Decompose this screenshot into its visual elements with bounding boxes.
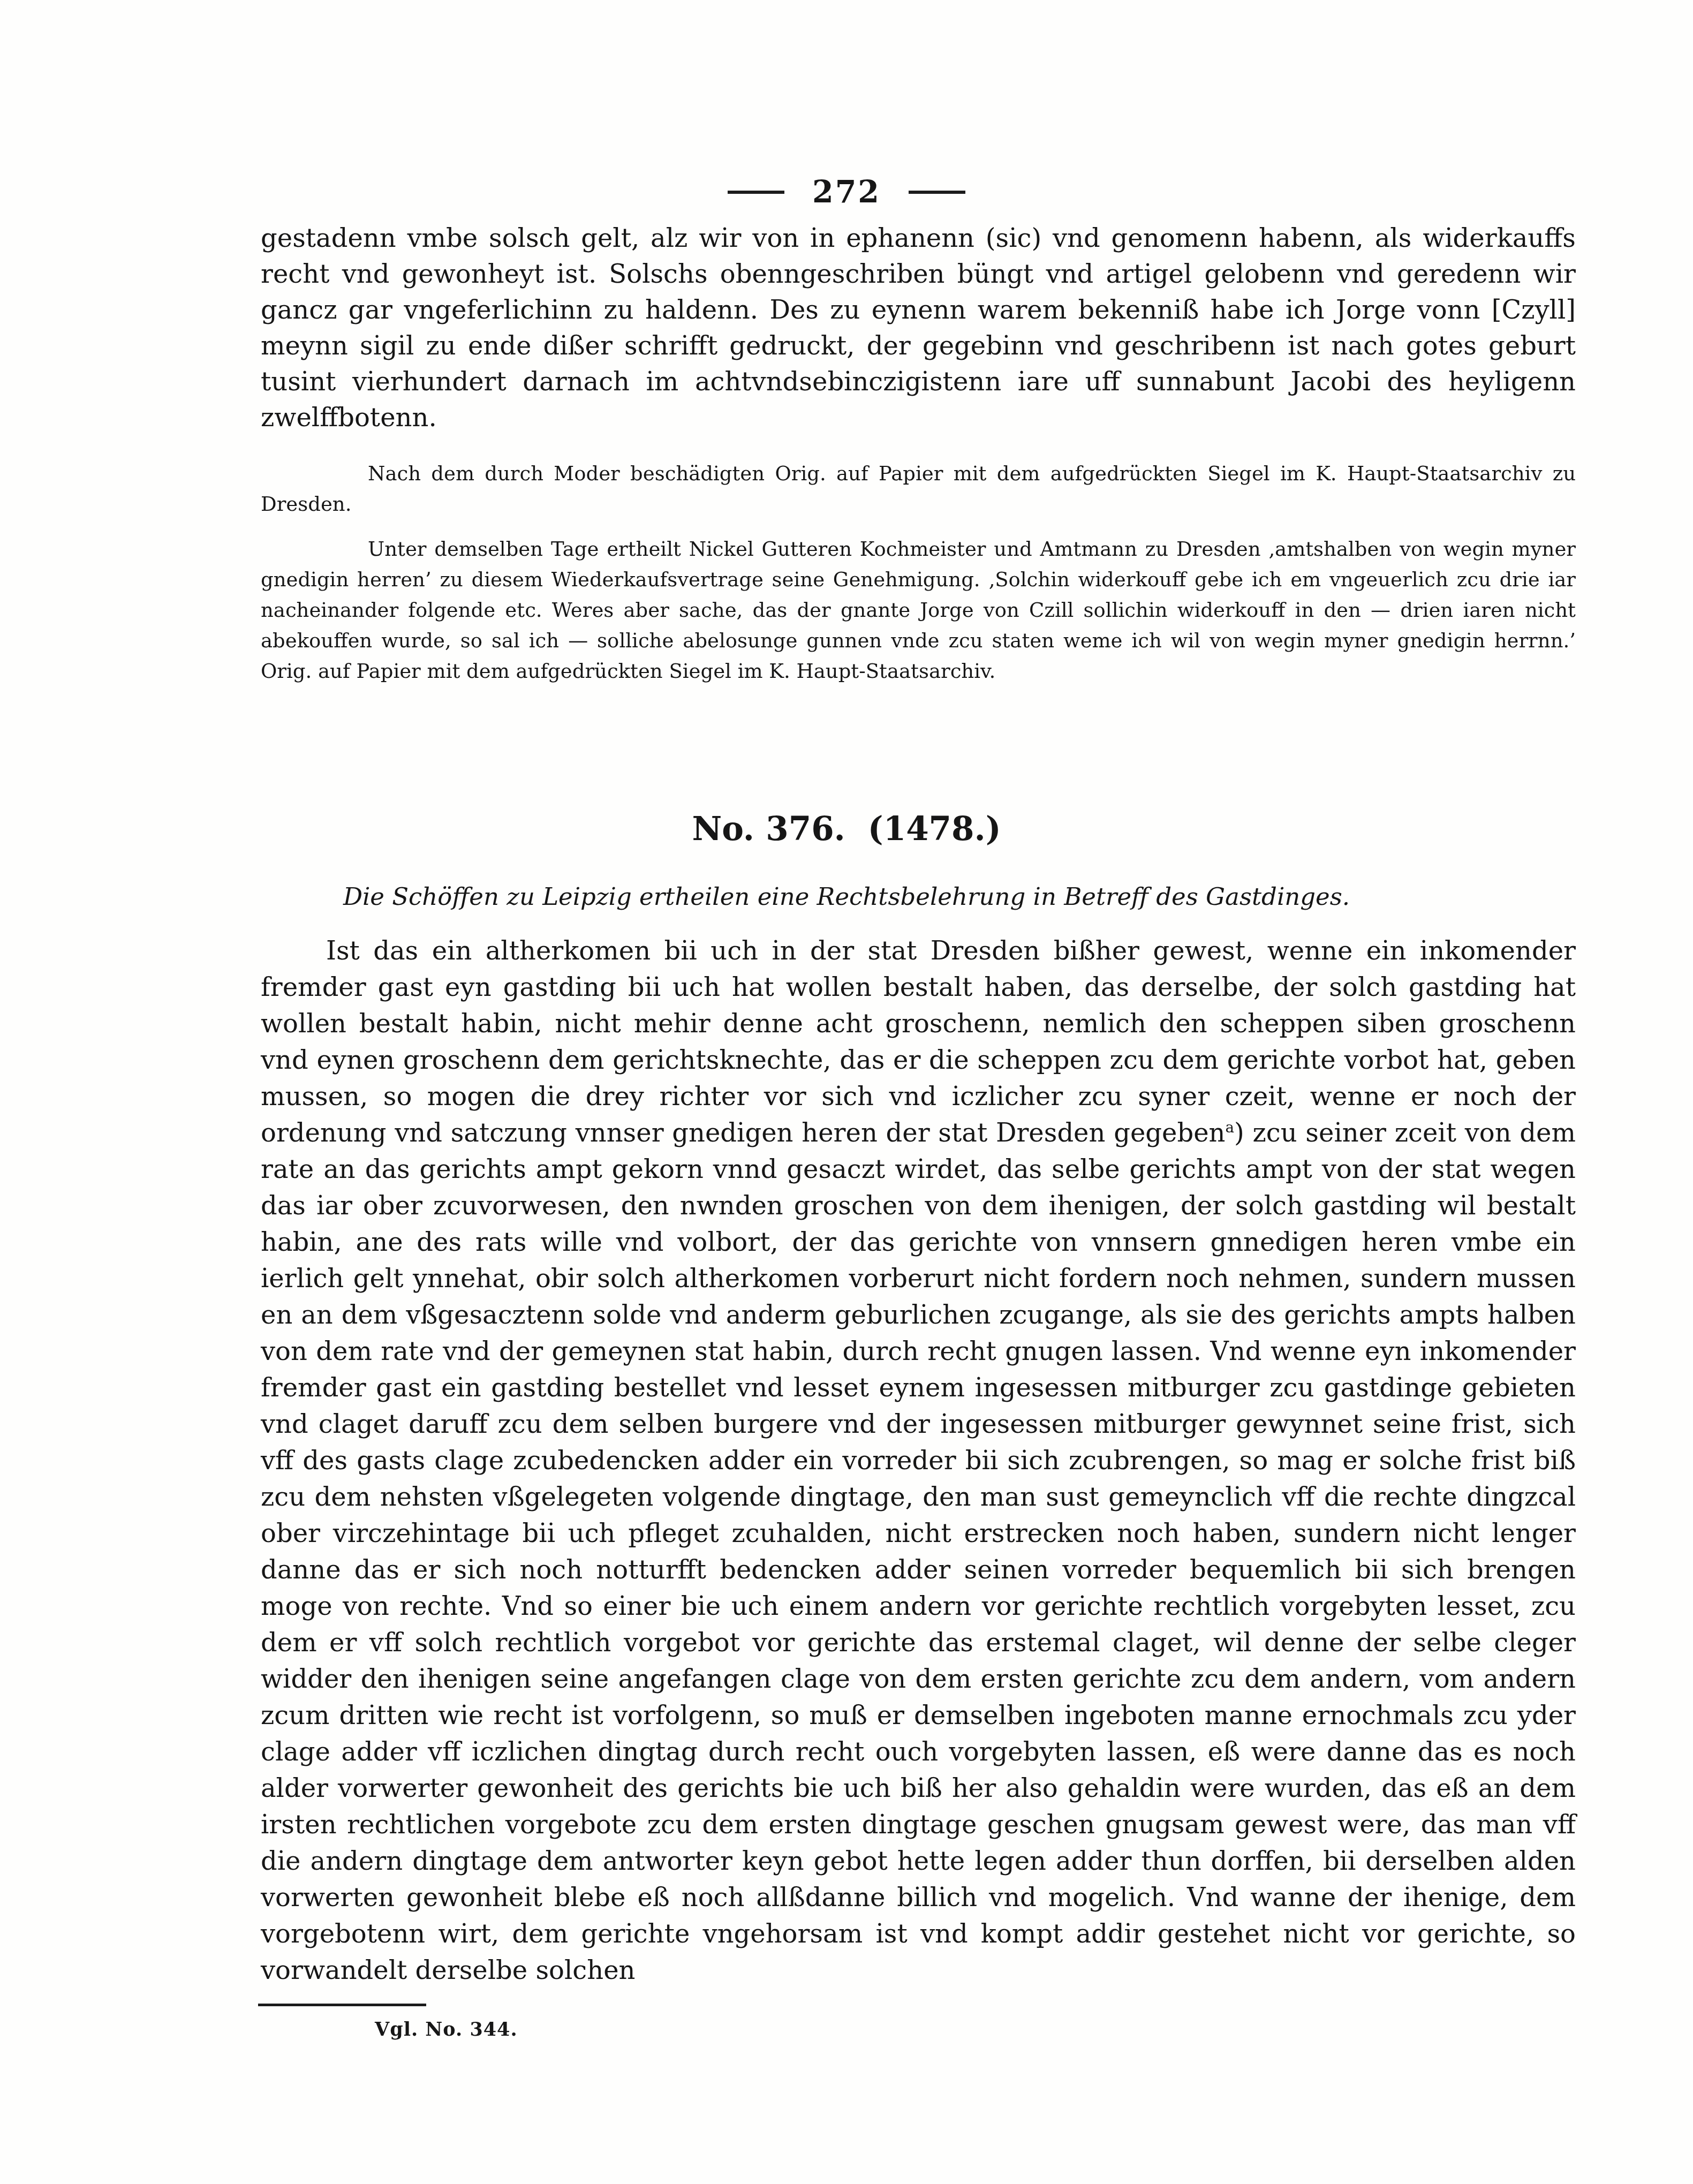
document-body-text-2: ) zcu seiner zceit von dem rate an das g…: [261, 1118, 1576, 1985]
intro-paragraph: gestadenn vmbe solsch gelt, alz wir von …: [261, 221, 1576, 436]
document-subtitle: Die Schöffen zu Leipzig ertheilen eine R…: [0, 882, 1693, 911]
page-number-left-rule: [728, 191, 784, 194]
scanned-book-page: 272 gestadenn vmbe solsch gelt, alz wir …: [0, 0, 1693, 2184]
footnote-reference: Vgl. No. 344.: [375, 2019, 518, 2041]
page-number-row: 272: [0, 177, 1693, 207]
document-number: No. 376.: [692, 810, 845, 848]
document-body-text-1: Ist das ein altherkomen bii uch in der s…: [261, 936, 1576, 1148]
document-heading: No. 376.(1478.): [0, 810, 1693, 848]
document-body: Ist das ein altherkomen bii uch in der s…: [261, 933, 1576, 1989]
archival-note-1: Nach dem durch Moder beschädigten Orig. …: [261, 458, 1576, 519]
footnote-separator-rule: [258, 2004, 426, 2006]
archival-note-2: Unter demselben Tage ertheilt Nickel Gut…: [261, 534, 1576, 686]
footnote-marker: a: [1225, 1119, 1234, 1136]
page-number-right-rule: [909, 191, 965, 194]
document-year: (1478.): [868, 810, 1001, 848]
page-number: 272: [812, 177, 881, 207]
